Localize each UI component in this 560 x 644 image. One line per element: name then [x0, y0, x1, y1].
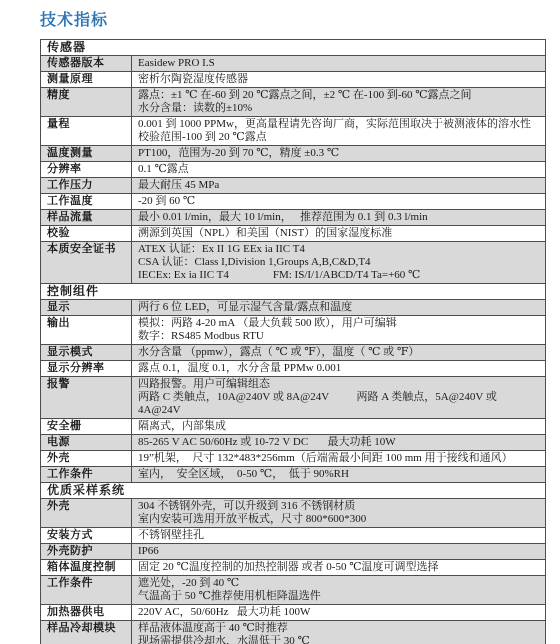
spec-table: 传感器传感器版本Easidew PRO I.S测量原理密析尔陶瓷湿度传感器精度露… — [40, 39, 546, 644]
table-row: 工作条件遮光处，-20 到 40 ℃气温高于 50 ℃推荐使用机柜降温选件 — [41, 576, 545, 605]
table-row: 温度测量PT100，范围为-20 到 70 ℃，精度 ±0.3 ℃ — [41, 146, 545, 162]
table-row: 电源85-265 V AC 50/60Hz 或 10-72 V DC 最大功耗 … — [41, 435, 545, 451]
spec-label: 显示模式 — [41, 345, 132, 360]
spec-value-line: IECEx: Ex ia IIC T4 FM: IS/I/1/ABCD/T4 T… — [138, 269, 539, 282]
table-row: 安装方式不锈钢壁挂孔 — [41, 528, 545, 544]
section-title: 传感器 — [41, 40, 545, 55]
spec-label: 外壳 — [41, 499, 132, 527]
spec-value: 0.001 到 1000 PPMw，更高量程请先咨询厂商，实际范围取决于被测液体… — [132, 117, 545, 145]
spec-value-line: 遮光处，-20 到 40 ℃ — [138, 577, 539, 590]
spec-label: 测量原理 — [41, 72, 132, 87]
spec-value: IP66 — [132, 544, 545, 559]
section-title: 控制组件 — [41, 284, 545, 299]
table-row: 报警四路报警。用户可编辑组态两路 C 类触点，10A@240V 或 8A@24V… — [41, 377, 545, 419]
table-row: 传感器版本Easidew PRO I.S — [41, 56, 545, 72]
spec-value: 室内， 安全区域， 0-50 ℃， 低于 90%RH — [132, 467, 545, 482]
spec-value: 水分含量 （ppmw），露点（ ℃ 或 ℉），温度（ ℃ 或 ℉） — [132, 345, 545, 360]
spec-value: PT100，范围为-20 到 70 ℃，精度 ±0.3 ℃ — [132, 146, 545, 161]
table-row: 显示分辨率露点 0.1，温度 0.1，水分含量 PPMw 0.001 — [41, 361, 545, 377]
table-row: 测量原理密析尔陶瓷湿度传感器 — [41, 72, 545, 88]
table-row: 样品冷却模块样品液体温度高于 40 ℃时推荐现场需提供冷却水，水温低于 30 ℃ — [41, 621, 545, 644]
spec-value: 最小 0.01 l/min，最大 10 l/min， 推荐范围为 0.1 到 0… — [132, 210, 545, 225]
spec-value-line: 样品液体温度高于 40 ℃时推荐 — [138, 622, 539, 635]
table-row: 箱体温度控制固定 20 ℃温度控制的加热控制器 或者 0-50 ℃温度可调型选择 — [41, 560, 545, 576]
spec-label: 加热器供电 — [41, 605, 132, 620]
spec-value: 最大耐压 45 MPa — [132, 178, 545, 193]
spec-value-line: 室内， 安全区域， 0-50 ℃， 低于 90%RH — [138, 468, 539, 481]
table-row: 量程0.001 到 1000 PPMw，更高量程请先咨询厂商，实际范围取决于被测… — [41, 117, 545, 146]
spec-value-line: 数字：RS485 Modbus RTU — [138, 330, 539, 343]
spec-value-line: 19”机架， 尺寸 132*483*256mm（后端需最小间距 100 mm 用… — [138, 452, 539, 465]
spec-value-line: 气温高于 50 ℃推荐使用机柜降温选件 — [138, 590, 539, 603]
spec-value-line: 溯源到英国（NPL）和美国（NIST）的国家湿度标准 — [138, 227, 539, 240]
table-row: 输出模拟：两路 4-20 mA （最大负载 500 欧），用户可编辑数字：RS4… — [41, 316, 545, 345]
table-row: 校验溯源到英国（NPL）和美国（NIST）的国家湿度标准 — [41, 226, 545, 242]
spec-label: 箱体温度控制 — [41, 560, 132, 575]
spec-value-line: 0.1 ℃露点 — [138, 163, 539, 176]
spec-value: 样品液体温度高于 40 ℃时推荐现场需提供冷却水，水温低于 30 ℃ — [132, 621, 545, 644]
spec-value-line: 固定 20 ℃温度控制的加热控制器 或者 0-50 ℃温度可调型选择 — [138, 561, 539, 574]
section-header-row: 优质采样系统 — [41, 483, 545, 499]
section-header-row: 控制组件 — [41, 284, 545, 300]
spec-value: Easidew PRO I.S — [132, 56, 545, 71]
spec-value-line: ATEX 认证：Ex II 1G EEx ia IIC T4 — [138, 243, 539, 256]
spec-label: 样品流量 — [41, 210, 132, 225]
spec-value: -20 到 60 ℃ — [132, 194, 545, 209]
spec-label: 外壳防护 — [41, 544, 132, 559]
spec-value: 隔离式，内部集成 — [132, 419, 545, 434]
spec-value-line: 水分含量：读数的±10% — [138, 102, 539, 115]
spec-value: 220V AC，50/60Hz 最大功耗 100W — [132, 605, 545, 620]
spec-label: 电源 — [41, 435, 132, 450]
spec-value: 露点：±1 ℃ 在-60 到 20 ℃露点之间，±2 ℃ 在-100 到-60 … — [132, 88, 545, 116]
spec-value-line: 露点：±1 ℃ 在-60 到 20 ℃露点之间，±2 ℃ 在-100 到-60 … — [138, 89, 539, 102]
spec-value-line: 最大耐压 45 MPa — [138, 179, 539, 192]
spec-value-line: 露点 0.1，温度 0.1，水分含量 PPMw 0.001 — [138, 362, 539, 375]
spec-label: 工作条件 — [41, 467, 132, 482]
spec-value-line: 304 不锈钢外壳，可以升级到 316 不锈钢材质 — [138, 500, 539, 513]
table-row: 外壳304 不锈钢外壳，可以升级到 316 不锈钢材质室内安装可选用开放平板式，… — [41, 499, 545, 528]
spec-value-line: 密析尔陶瓷湿度传感器 — [138, 73, 539, 86]
spec-value-line: 水分含量 （ppmw），露点（ ℃ 或 ℉），温度（ ℃ 或 ℉） — [138, 346, 539, 359]
spec-value-line: 四路报警。用户可编辑组态 — [138, 378, 539, 391]
spec-label: 温度测量 — [41, 146, 132, 161]
spec-value-line: 现场需提供冷却水，水温低于 30 ℃ — [138, 635, 539, 644]
spec-label: 显示分辨率 — [41, 361, 132, 376]
spec-value-line: 0.001 到 1000 PPMw，更高量程请先咨询厂商，实际范围取决于被测液体… — [138, 118, 539, 131]
spec-label: 精度 — [41, 88, 132, 116]
spec-value-line: 隔离式，内部集成 — [138, 420, 539, 433]
spec-value-line: CSA 认证：Class I,Division 1,Groups A,B,C&D… — [138, 256, 539, 269]
spec-value: 85-265 V AC 50/60Hz 或 10-72 V DC 最大功耗 10… — [132, 435, 545, 450]
spec-value: 19”机架， 尺寸 132*483*256mm（后端需最小间距 100 mm 用… — [132, 451, 545, 466]
spec-value: 两行 6 位 LED，可显示湿气含量/露点和温度 — [132, 300, 545, 315]
spec-label: 显示 — [41, 300, 132, 315]
spec-value-line: 220V AC，50/60Hz 最大功耗 100W — [138, 606, 539, 619]
spec-value: 不锈钢壁挂孔 — [132, 528, 545, 543]
table-row: 外壳19”机架， 尺寸 132*483*256mm（后端需最小间距 100 mm… — [41, 451, 545, 467]
spec-label: 工作压力 — [41, 178, 132, 193]
section-title: 优质采样系统 — [41, 483, 545, 498]
table-row: 安全栅隔离式，内部集成 — [41, 419, 545, 435]
spec-value: 遮光处，-20 到 40 ℃气温高于 50 ℃推荐使用机柜降温选件 — [132, 576, 545, 604]
spec-label: 输出 — [41, 316, 132, 344]
spec-label: 安装方式 — [41, 528, 132, 543]
spec-value-line: 85-265 V AC 50/60Hz 或 10-72 V DC 最大功耗 10… — [138, 436, 539, 449]
spec-label: 样品冷却模块 — [41, 621, 132, 644]
table-row: 工作温度-20 到 60 ℃ — [41, 194, 545, 210]
spec-label: 工作条件 — [41, 576, 132, 604]
document-page: 技术指标 传感器传感器版本Easidew PRO I.S测量原理密析尔陶瓷湿度传… — [0, 0, 560, 644]
spec-value: 模拟：两路 4-20 mA （最大负载 500 欧），用户可编辑数字：RS485… — [132, 316, 545, 344]
spec-label: 分辨率 — [41, 162, 132, 177]
table-row: 工作压力最大耐压 45 MPa — [41, 178, 545, 194]
spec-value-line: -20 到 60 ℃ — [138, 195, 539, 208]
table-row: 外壳防护IP66 — [41, 544, 545, 560]
spec-label: 本质安全证书 — [41, 242, 132, 283]
page-title: 技术指标 — [40, 7, 548, 30]
spec-value-line: PT100，范围为-20 到 70 ℃，精度 ±0.3 ℃ — [138, 147, 539, 160]
spec-value: 0.1 ℃露点 — [132, 162, 545, 177]
table-row: 显示模式水分含量 （ppmw），露点（ ℃ 或 ℉），温度（ ℃ 或 ℉） — [41, 345, 545, 361]
spec-label: 校验 — [41, 226, 132, 241]
spec-label: 量程 — [41, 117, 132, 145]
spec-label: 传感器版本 — [41, 56, 132, 71]
spec-value-line: Easidew PRO I.S — [138, 57, 539, 70]
spec-value-line: 两路 C 类触点，10A@240V 或 8A@24V 两路 A 类触点，5A@2… — [138, 391, 539, 417]
spec-value: 固定 20 ℃温度控制的加热控制器 或者 0-50 ℃温度可调型选择 — [132, 560, 545, 575]
table-row: 本质安全证书ATEX 认证：Ex II 1G EEx ia IIC T4CSA … — [41, 242, 545, 284]
spec-value: ATEX 认证：Ex II 1G EEx ia IIC T4CSA 认证：Cla… — [132, 242, 545, 283]
spec-value: 四路报警。用户可编辑组态两路 C 类触点，10A@240V 或 8A@24V 两… — [132, 377, 545, 418]
spec-value: 溯源到英国（NPL）和美国（NIST）的国家湿度标准 — [132, 226, 545, 241]
table-row: 精度露点：±1 ℃ 在-60 到 20 ℃露点之间，±2 ℃ 在-100 到-6… — [41, 88, 545, 117]
spec-value-line: IP66 — [138, 545, 539, 558]
section-header-row: 传感器 — [41, 40, 545, 56]
spec-value-line: 室内安装可选用开放平板式，尺寸 800*600*300 — [138, 513, 539, 526]
spec-value-line: 两行 6 位 LED，可显示湿气含量/露点和温度 — [138, 301, 539, 314]
table-row: 加热器供电220V AC，50/60Hz 最大功耗 100W — [41, 605, 545, 621]
spec-label: 工作温度 — [41, 194, 132, 209]
table-row: 样品流量最小 0.01 l/min，最大 10 l/min， 推荐范围为 0.1… — [41, 210, 545, 226]
table-row: 分辨率0.1 ℃露点 — [41, 162, 545, 178]
spec-label: 报警 — [41, 377, 132, 418]
spec-value-line: 最小 0.01 l/min，最大 10 l/min， 推荐范围为 0.1 到 0… — [138, 211, 539, 224]
spec-value-line: 模拟：两路 4-20 mA （最大负载 500 欧），用户可编辑 — [138, 317, 539, 330]
spec-label: 外壳 — [41, 451, 132, 466]
spec-value-line: 校验范围-100 到 20 ℃露点 — [138, 131, 539, 144]
spec-label: 安全栅 — [41, 419, 132, 434]
table-row: 工作条件室内， 安全区域， 0-50 ℃， 低于 90%RH — [41, 467, 545, 483]
spec-value: 露点 0.1，温度 0.1，水分含量 PPMw 0.001 — [132, 361, 545, 376]
spec-value: 304 不锈钢外壳，可以升级到 316 不锈钢材质室内安装可选用开放平板式，尺寸… — [132, 499, 545, 527]
spec-value: 密析尔陶瓷湿度传感器 — [132, 72, 545, 87]
spec-value-line: 不锈钢壁挂孔 — [138, 529, 539, 542]
table-row: 显示两行 6 位 LED，可显示湿气含量/露点和温度 — [41, 300, 545, 316]
